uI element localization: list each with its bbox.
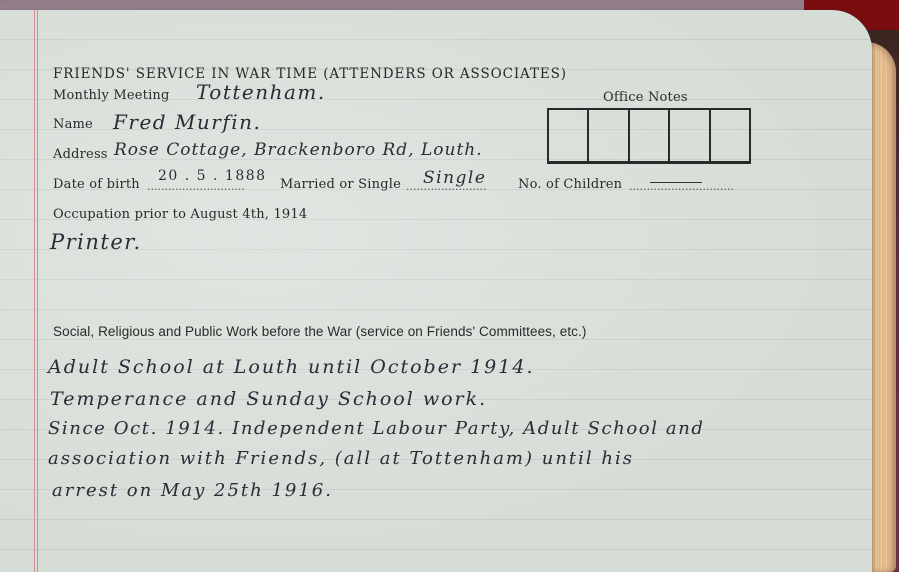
married-or-single-value: Single <box>423 168 486 188</box>
social-work-line-5: arrest on May 25th 1916. <box>52 480 333 501</box>
married-or-single-label: Married or Single <box>280 177 401 192</box>
social-work-line-4: association with Friends, (all at Totten… <box>48 448 634 469</box>
occupation-value: Printer. <box>50 230 142 254</box>
office-notes-cell <box>711 110 749 161</box>
monthly-meeting-value: Tottenham. <box>196 80 326 104</box>
date-of-birth-value: 20 . 5 . 1888 <box>158 168 267 184</box>
name-label: Name <box>53 117 93 132</box>
address-label: Address <box>53 147 108 162</box>
social-work-line-3: Since Oct. 1914. Independent Labour Part… <box>48 418 705 439</box>
social-work-line-2: Temperance and Sunday School work. <box>50 388 487 410</box>
margin-rule <box>34 10 38 572</box>
children-label: No. of Children <box>518 177 622 192</box>
occupation-label: Occupation prior to August 4th, 1914 <box>53 207 307 222</box>
office-notes-box <box>547 108 751 164</box>
address-value: Rose Cottage, Brackenboro Rd, Louth. <box>114 140 483 160</box>
name-value: Fred Murfin. <box>113 110 261 134</box>
office-notes-cell <box>589 110 629 161</box>
office-notes-cell <box>549 110 589 161</box>
children-value-dash <box>650 182 702 183</box>
date-of-birth-label: Date of birth <box>53 177 140 192</box>
monthly-meeting-label: Monthly Meeting <box>53 88 170 103</box>
office-notes-label: Office Notes <box>603 90 688 105</box>
social-work-line-1: Adult School at Louth until October 1914… <box>48 356 534 378</box>
office-notes-cell <box>670 110 710 161</box>
office-notes-cell <box>630 110 670 161</box>
social-work-label: Social, Religious and Public Work before… <box>53 324 586 339</box>
